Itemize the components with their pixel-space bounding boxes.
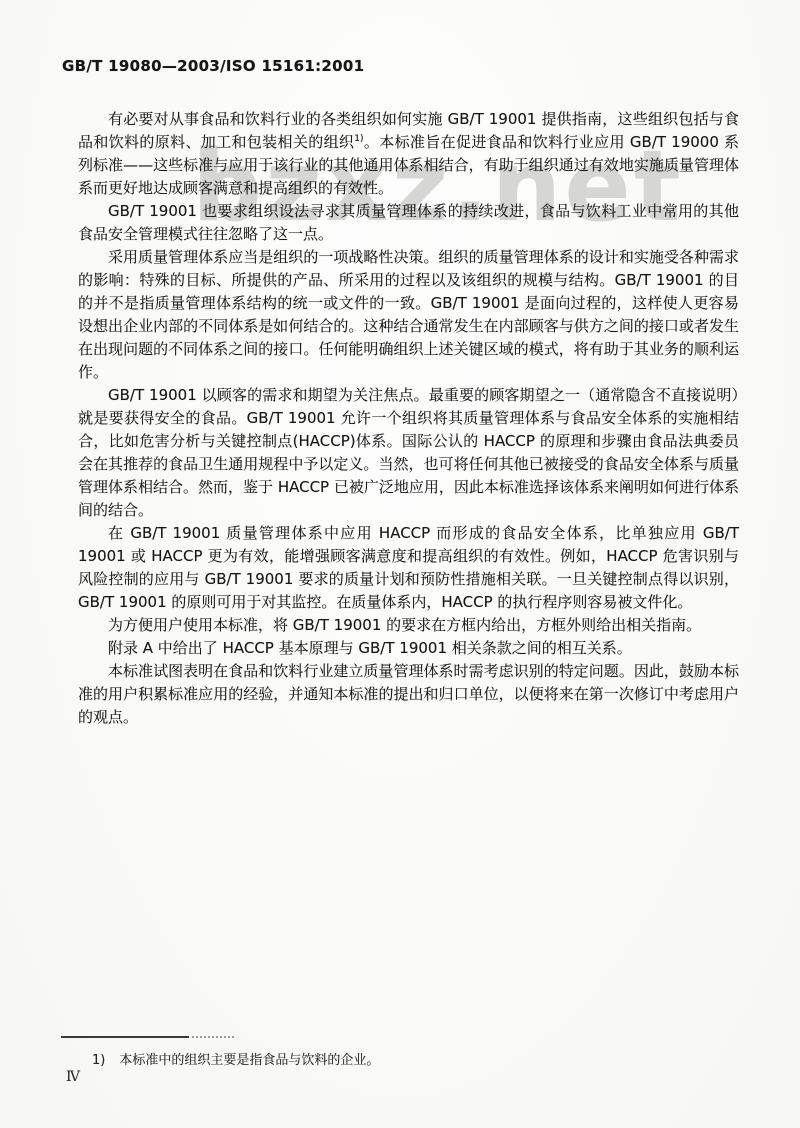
- paragraph: GB/T 19001 以顾客的需求和期望为关注焦点。最重要的顾客期望之一（通常隐…: [78, 384, 739, 522]
- footnote-divider: [61, 1036, 189, 1038]
- paragraph: 附录 A 中给出了 HACCP 基本原理与 GB/T 19001 相关条款之间的…: [78, 637, 739, 660]
- paragraph: 本标准试图表明在食品和饮料行业建立质量管理体系时需考虑识别的特定问题。因此，鼓励…: [78, 660, 739, 729]
- footnote-marker: 1): [92, 1053, 105, 1068]
- paragraph: 采用质量管理体系应当是组织的一项战略性决策。组织的质量管理体系的设计和实施受各种…: [78, 246, 739, 384]
- page-number: Ⅳ: [66, 1069, 80, 1085]
- footnote-reference-superscript: 1): [354, 134, 363, 144]
- standard-number-header: GB/T 19080—2003/ISO 15161:2001: [62, 57, 364, 75]
- footnote-divider-artifact: [192, 1036, 234, 1038]
- paragraph: GB/T 19001 也要求组织设法寻求其质量管理体系的持续改进，食品与饮料工业…: [78, 200, 739, 246]
- foreword-body-text: 有必要对从事食品和饮料行业的各类组织如何实施 GB/T 19001 提供指南，这…: [78, 108, 739, 729]
- paragraph-intro: 有必要对从事食品和饮料行业的各类组织如何实施 GB/T 19001 提供指南，这…: [78, 108, 739, 200]
- footnote: 1)本标准中的组织主要是指食品与饮料的企业。: [92, 1049, 379, 1068]
- footnote-text: 本标准中的组织主要是指食品与饮料的企业。: [119, 1053, 379, 1068]
- scanned-page-background: bzxz.net GB/T 19080—2003/ISO 15161:2001 …: [0, 0, 800, 1128]
- paragraph: 为方便用户使用本标准，将 GB/T 19001 的要求在方框内给出，方框外则给出…: [78, 614, 739, 637]
- paragraph: 在 GB/T 19001 质量管理体系中应用 HACCP 而形成的食品安全体系，…: [78, 522, 739, 614]
